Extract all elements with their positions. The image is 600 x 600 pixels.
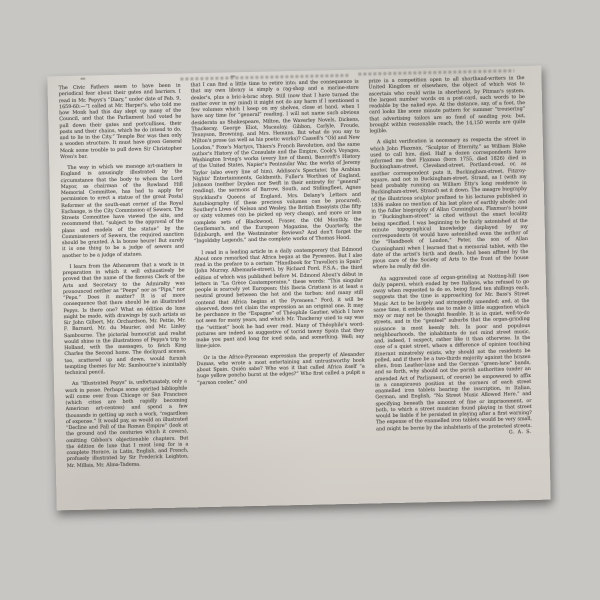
text-column-1: The Civic Fathers seem to have been in p… [59,83,189,469]
paragraph: prize in a competition open to all short… [368,75,525,135]
paragraph: The way in which we manage art-matters i… [60,163,184,259]
paragraph: Or is the Africo-Pyrenean expression the… [196,351,365,386]
newspaper-clipping: The Civic Fathers seem to have been in p… [47,66,550,511]
trimmed-line-remnant [358,69,514,75]
paragraph: that I can find a little time to retire … [190,79,362,245]
paragraph: I read in a leading article in a daily c… [194,246,364,350]
text-column-2: that I can find a little time to retire … [190,79,366,466]
text-column-3: prize in a competition open to all short… [368,75,532,462]
trimmed-edge-speck [80,78,85,80]
paragraph: A slight verification is necessary as re… [370,136,529,271]
paragraph: The Civic Fathers seem to have been in p… [59,83,183,161]
author-initials: G. A. S. [496,429,533,436]
paragraph: An aggravated case of organ-grinding at … [373,272,532,432]
photo-background: The Civic Fathers seem to have been in p… [0,0,600,600]
paragraph: An “Illustrated Pepys” is, unfortunately… [65,379,189,469]
paragraph: I learn from the Athenæum that a work is… [62,261,186,376]
text-columns: The Civic Fathers seem to have been in p… [59,75,533,469]
